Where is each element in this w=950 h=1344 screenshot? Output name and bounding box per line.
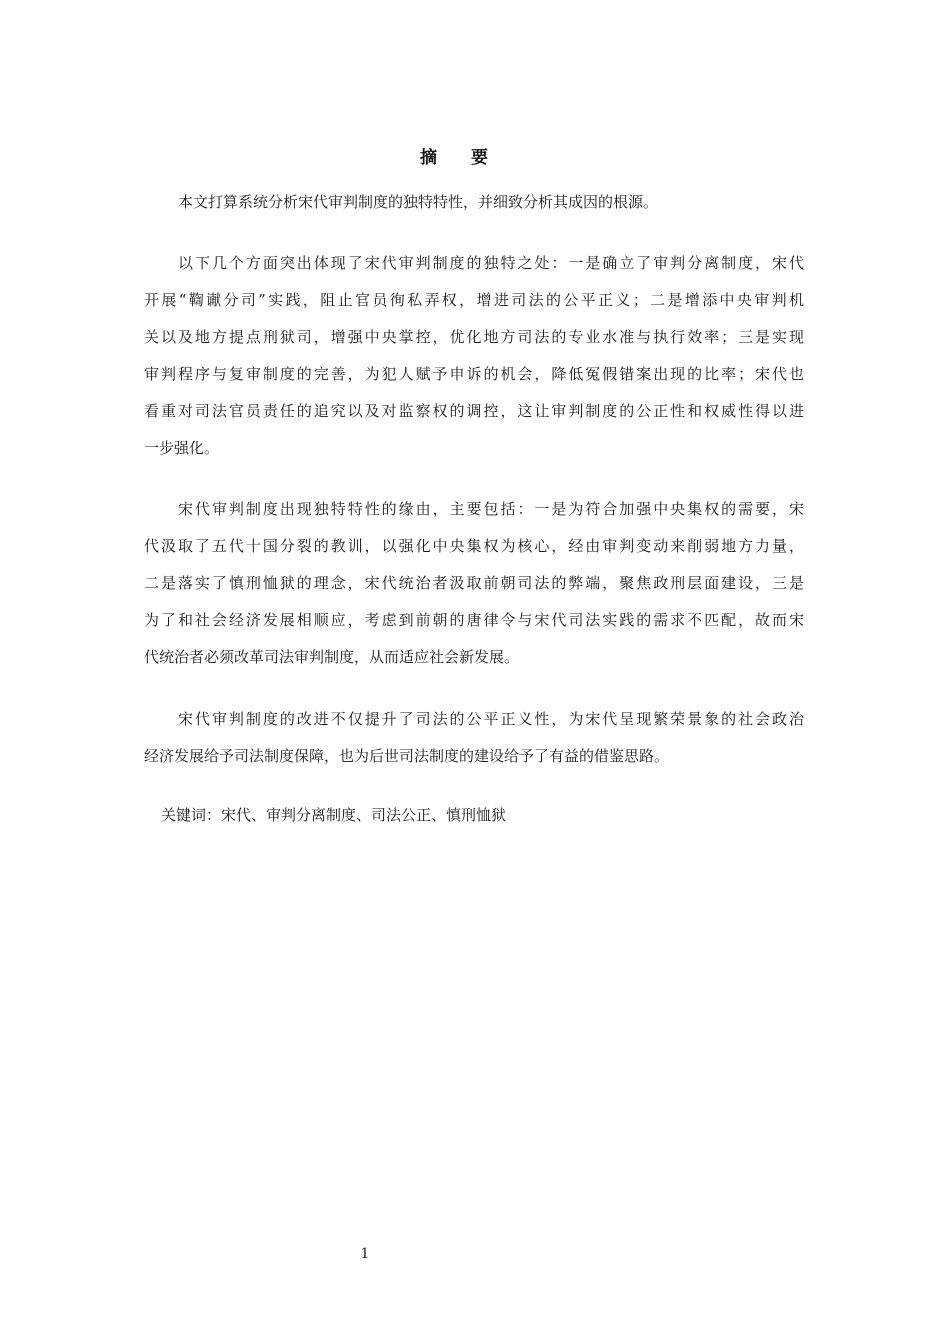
paragraph-features: 以下几个方面突出体现了宋代审判制度的独特之处：一是确立了审判分离制度，宋代 开展… [144, 245, 804, 467]
paragraph-line: 以下几个方面突出体现了宋代审判制度的独特之处：一是确立了审判分离制度，宋代 [144, 245, 804, 282]
paragraph-line: 本文打算系统分析宋代审判制度的独特特性，并细致分析其成因的根源。 [144, 184, 804, 221]
paragraph-line: 宋代审判制度的改进不仅提升了司法的公平正义性，为宋代呈现繁荣景象的社会政治 [144, 701, 804, 738]
paragraph-line: 宋代审判制度出现独特特性的缘由，主要包括：一是为符合加强中央集权的需要，宋 [144, 491, 804, 528]
paragraph-line: 关以及地方提点刑狱司，增强中央掌控，优化地方司法的专业水准与执行效率；三是实现 [144, 319, 804, 356]
paragraph-line: 代统治者必须改革司法审判制度，从而适应社会新发展。 [144, 639, 804, 676]
paragraph-significance: 宋代审判制度的改进不仅提升了司法的公平正义性，为宋代呈现繁荣景象的社会政治 经济… [144, 701, 804, 775]
paragraph-line: 为了和社会经济发展相顺应，考虑到前朝的唐律令与宋代司法实践的需求不匹配，故而宋 [144, 602, 804, 639]
paragraph-line: 看重对司法官员责任的追究以及对监察权的调控，这让审判制度的公正性和权威性得以进 [144, 393, 804, 430]
document-page: 摘 要 本文打算系统分析宋代审判制度的独特特性，并细致分析其成因的根源。 以下几… [0, 0, 950, 1344]
paragraph-intro: 本文打算系统分析宋代审判制度的独特特性，并细致分析其成因的根源。 [144, 184, 804, 221]
paragraph-causes: 宋代审判制度出现独特特性的缘由，主要包括：一是为符合加强中央集权的需要，宋 代汲… [144, 491, 804, 676]
abstract-title: 摘 要 [0, 143, 922, 168]
keywords-line: 关键词：宋代、审判分离制度、司法公正、慎刑恤狱 [161, 797, 506, 834]
paragraph-line: 代汲取了五代十国分裂的教训，以强化中央集权为核心，经由审判变动来削弱地方力量， [144, 528, 804, 565]
paragraph-line: 开展“鞫谳分司”实践，阻止官员徇私弄权，增进司法的公平正义；二是增添中央审判机 [144, 282, 804, 319]
page-number: 1 [0, 1246, 730, 1262]
paragraph-line: 一步强化。 [144, 430, 804, 467]
paragraph-line: 经济发展给予司法制度保障，也为后世司法制度的建设给予了有益的借鉴思路。 [144, 738, 804, 775]
paragraph-line: 审判程序与复审制度的完善，为犯人赋予申诉的机会，降低冤假错案出现的比率；宋代也 [144, 356, 804, 393]
paragraph-line: 二是落实了慎刑恤狱的理念，宋代统治者汲取前朝司法的弊端，聚焦政刑层面建设，三是 [144, 565, 804, 602]
